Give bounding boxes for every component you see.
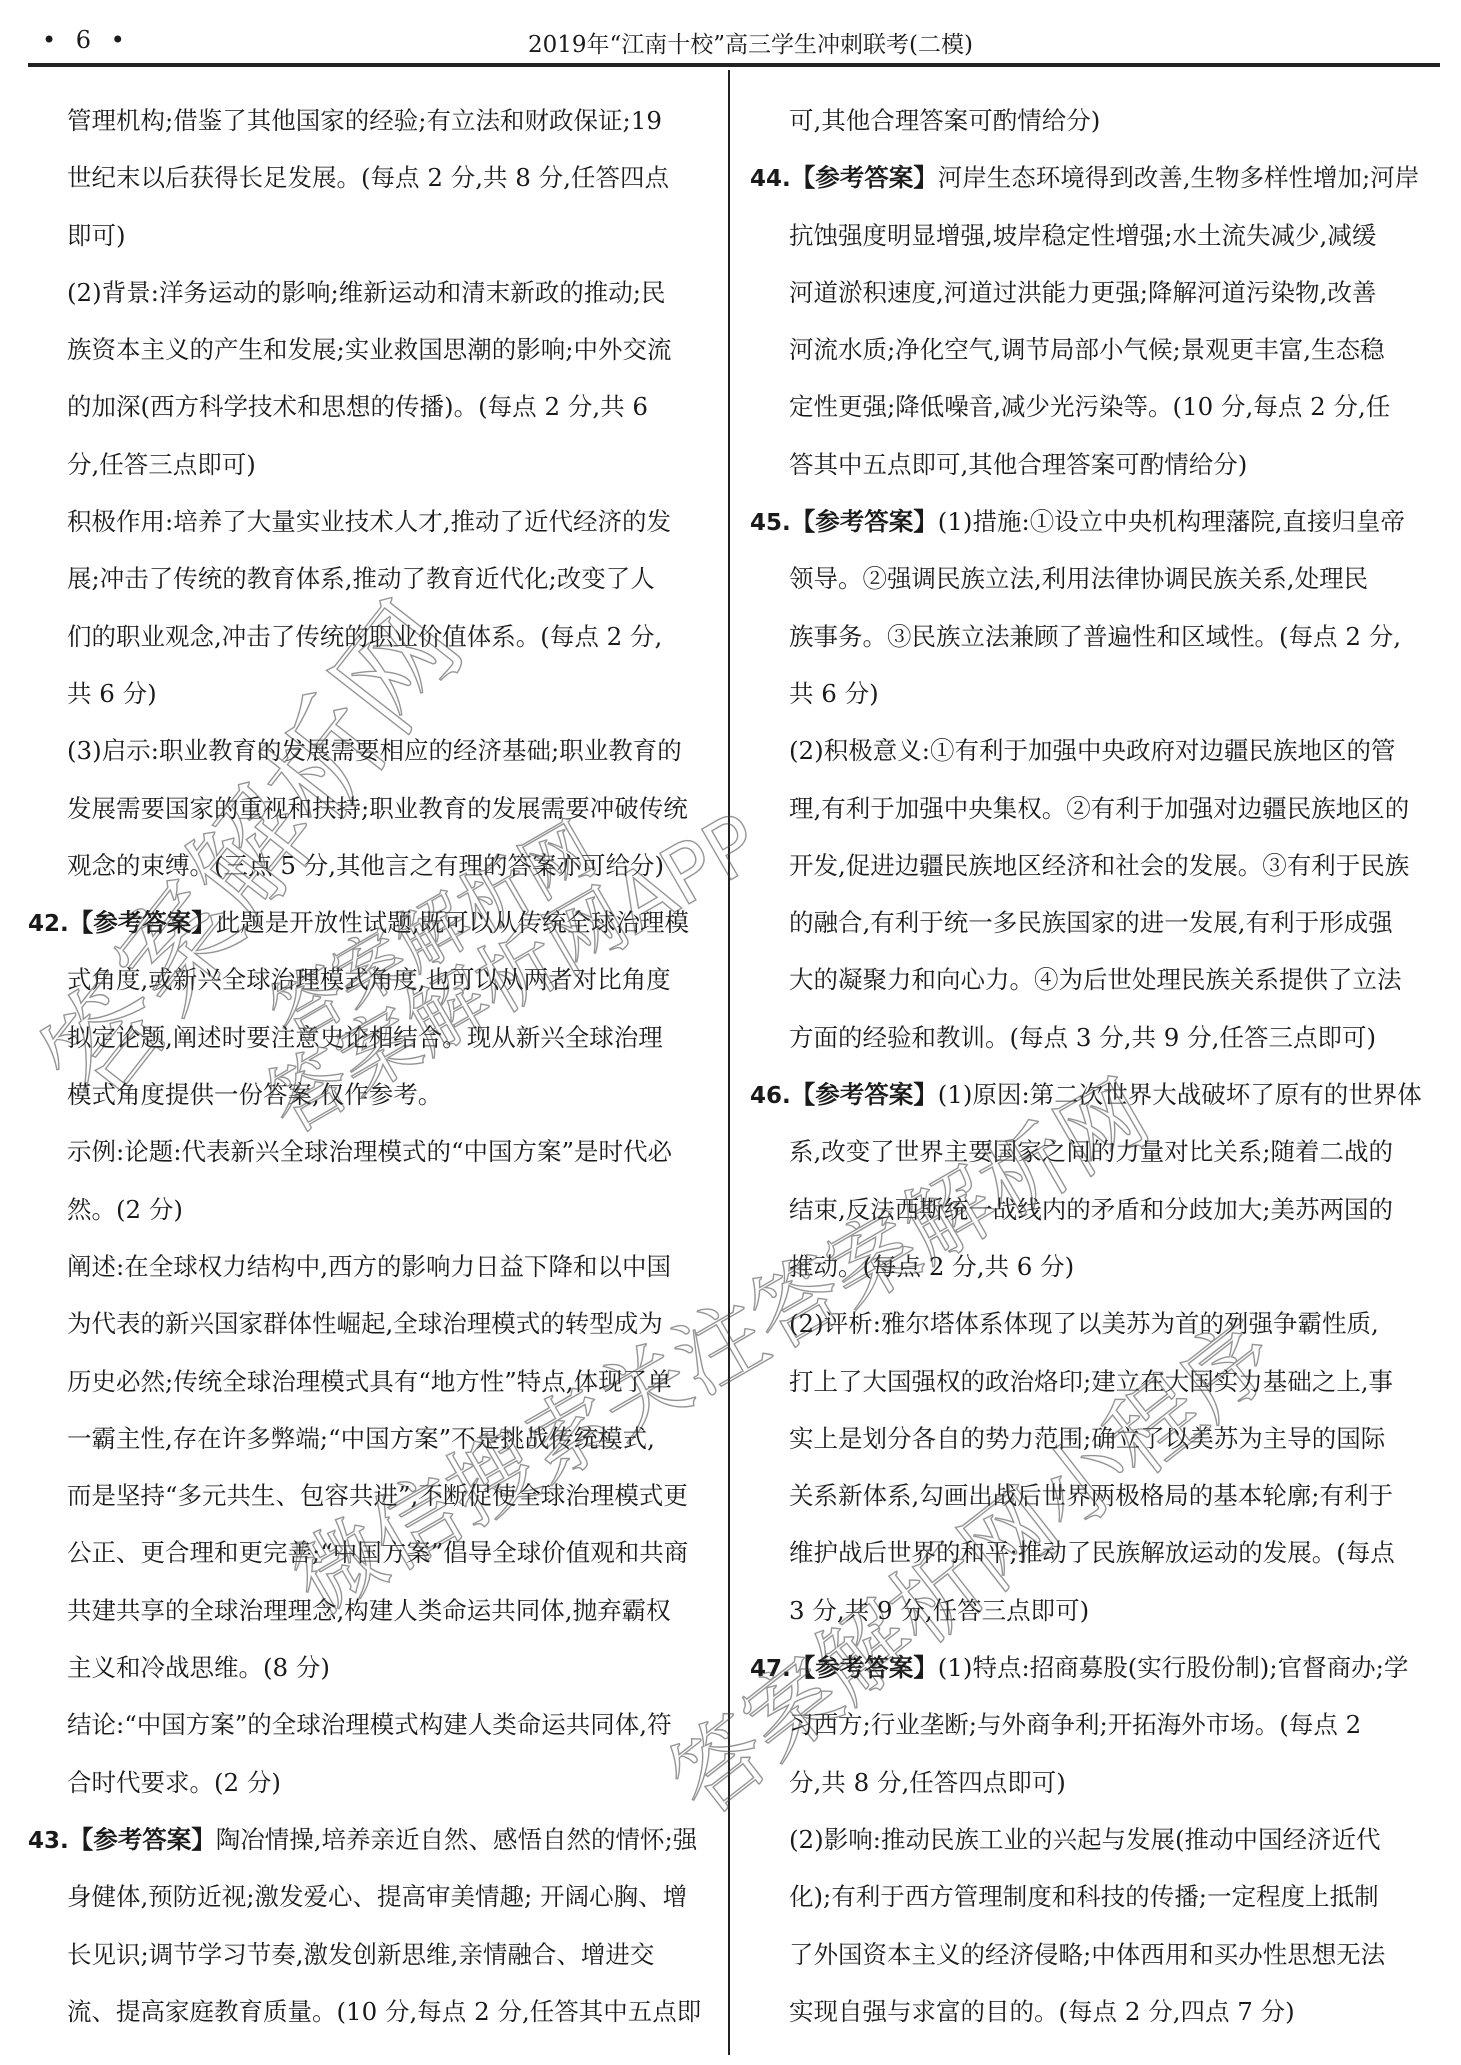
answer-line: 化);有利于西方管理制度和科技的传播;一定程度上抵制	[750, 1868, 1440, 1925]
answer-line: (2)积极意义:①有利于加强中央政府对边疆民族地区的管	[750, 722, 1440, 779]
answer-line: (2)影响:推动民族工业的兴起与发展(推动中国经济近代	[750, 1811, 1440, 1868]
answer-tag: 【参考答案】	[69, 908, 216, 937]
question-number: 43.	[28, 1828, 69, 1854]
question-header-line: 43.【参考答案】陶冶情操,培养亲近自然、感悟自然的情怀;强	[28, 1811, 718, 1868]
answer-line: 共 6 分)	[28, 665, 718, 722]
right-column: 可,其他合理答案可酌情给分)44.【参考答案】河岸生态环境得到改善,生物多样性增…	[750, 92, 1440, 2040]
answer-line: 了外国资本主义的经济侵略;中体西用和买办性思想无法	[750, 1926, 1440, 1983]
answer-line: 展;冲击了传统的教育体系,推动了教育近代化;改变了人	[28, 550, 718, 607]
answer-line: 结束,反法西斯统一战线内的矛盾和分歧加大;美苏两国的	[750, 1181, 1440, 1238]
answer-line: 可,其他合理答案可酌情给分)	[750, 92, 1440, 149]
answer-line: (3)启示:职业教育的发展需要相应的经济基础;职业教育的	[28, 722, 718, 779]
answer-line: 发展需要国家的重视和扶持;职业教育的发展需要冲破传统	[28, 780, 718, 837]
answer-line: 观念的束缚。(三点 5 分,其他言之有理的答案亦可给分)	[28, 837, 718, 894]
answer-text: 陶冶情操,培养亲近自然、感悟自然的情怀;强	[216, 1825, 698, 1854]
answer-tag: 【参考答案】	[791, 163, 938, 192]
answer-line: 即可)	[28, 207, 718, 264]
answer-line: 河道淤积速度,河道过洪能力更强;降解河道污染物,改善	[750, 264, 1440, 321]
answer-tag: 【参考答案】	[791, 507, 938, 536]
answer-tag: 【参考答案】	[69, 1825, 216, 1854]
answer-line: 推动。(每点 2 分,共 6 分)	[750, 1238, 1440, 1295]
answer-line: 关系新体系,勾画出战后世界两极格局的基本轮廓;有利于	[750, 1467, 1440, 1524]
answer-line: 的加深(西方科学技术和思想的传播)。(每点 2 分,共 6	[28, 378, 718, 435]
answer-text: (1)措施:①设立中央机构理藩院,直接归皇帝	[938, 507, 1405, 536]
answer-tag: 【参考答案】	[791, 1653, 938, 1682]
answer-line: 结论:“中国方案”的全球治理模式构建人类命运共同体,符	[28, 1696, 718, 1753]
answer-line: 合时代要求。(2 分)	[28, 1754, 718, 1811]
answer-line: 分,共 8 分,任答四点即可)	[750, 1754, 1440, 1811]
answer-line: 而是坚持“多元共生、包容共进”,不断促使全球治理模式更	[28, 1467, 718, 1524]
answer-block: 43.【参考答案】陶冶情操,培养亲近自然、感悟自然的情怀;强身健体,预防近视;激…	[28, 1811, 718, 2040]
answer-block: 44.【参考答案】河岸生态环境得到改善,生物多样性增加;河岸抗蚀强度明显增强,坡…	[750, 149, 1440, 493]
answer-line: 打上了大国强权的政治烙印;建立在大国实力基础之上,事	[750, 1353, 1440, 1410]
header-rule	[28, 63, 1440, 67]
answer-line: 实现自强与求富的目的。(每点 2 分,四点 7 分)	[750, 1983, 1440, 2040]
answer-line: 世纪末以后获得长足发展。(每点 2 分,共 8 分,任答四点	[28, 149, 718, 206]
answer-block: 46.【参考答案】(1)原因:第二次世界大战破坏了原有的世界体系,改变了世界主要…	[750, 1066, 1440, 1639]
answer-line: 模式角度提供一份答案,仅作参考。	[28, 1066, 718, 1123]
answer-line: 理,有利于加强中央集权。②有利于加强对边疆民族地区的	[750, 780, 1440, 837]
answer-line: 的融合,有利于统一多民族国家的进一发展,有利于形成强	[750, 894, 1440, 951]
column-divider	[728, 70, 730, 2055]
answer-line: 拟定论题,阐述时要注意史论相结合。现从新兴全球治理	[28, 1009, 718, 1066]
answer-line: 流、提高家庭教育质量。(10 分,每点 2 分,任答其中五点即	[28, 1983, 718, 2040]
answer-block: 47.【参考答案】(1)特点:招商募股(实行股份制);官督商办;学习西方;行业垄…	[750, 1639, 1440, 2040]
answer-line: 族事务。③民族立法兼顾了普遍性和区域性。(每点 2 分,	[750, 608, 1440, 665]
answer-block: 管理机构;借鉴了其他国家的经验;有立法和财政保证;19世纪末以后获得长足发展。(…	[28, 92, 718, 894]
answer-line: (2)背景:洋务运动的影响;维新运动和清末新政的推动;民	[28, 264, 718, 321]
question-header-line: 44.【参考答案】河岸生态环境得到改善,生物多样性增加;河岸	[750, 149, 1440, 206]
answer-block: 42.【参考答案】此题是开放性试题,既可以从传统全球治理模式角度,或新兴全球治理…	[28, 894, 718, 1811]
answer-text: (1)特点:招商募股(实行股份制);官督商办;学	[938, 1653, 1409, 1682]
question-number: 47.	[750, 1656, 791, 1682]
answer-line: 维护战后世界的和平;推动了民族解放运动的发展。(每点	[750, 1524, 1440, 1581]
answer-tag: 【参考答案】	[791, 1080, 938, 1109]
answer-line: 系,改变了世界主要国家之间的力量对比关系;随着二战的	[750, 1123, 1440, 1180]
question-header-line: 47.【参考答案】(1)特点:招商募股(实行股份制);官督商办;学	[750, 1639, 1440, 1696]
answer-line: 族资本主义的产生和发展;实业救国思潮的影响;中外交流	[28, 321, 718, 378]
answer-text: 河岸生态环境得到改善,生物多样性增加;河岸	[938, 163, 1420, 192]
answer-line: 大的凝聚力和向心力。④为后世处理民族关系提供了立法	[750, 951, 1440, 1008]
answer-line: 们的职业观念,冲击了传统的职业价值体系。(每点 2 分,	[28, 608, 718, 665]
answer-line: 答其中五点即可,其他合理答案可酌情给分)	[750, 436, 1440, 493]
answer-line: 身健体,预防近视;激发爱心、提高审美情趣; 开阔心胸、增	[28, 1868, 718, 1925]
answer-line: 积极作用:培养了大量实业技术人才,推动了近代经济的发	[28, 493, 718, 550]
answer-text: (1)原因:第二次世界大战破坏了原有的世界体	[938, 1080, 1422, 1109]
answer-line: 习西方;行业垄断;与外商争利;开拓海外市场。(每点 2	[750, 1696, 1440, 1753]
answer-line: 长见识;调节学习节奏,激发创新思维,亲情融合、增进交	[28, 1926, 718, 1983]
answer-line: (2)评析:雅尔塔体系体现了以美苏为首的列强争霸性质,	[750, 1295, 1440, 1352]
answer-line: 管理机构;借鉴了其他国家的经验;有立法和财政保证;19	[28, 92, 718, 149]
answer-line: 示例:论题:代表新兴全球治理模式的“中国方案”是时代必	[28, 1123, 718, 1180]
question-header-line: 42.【参考答案】此题是开放性试题,既可以从传统全球治理模	[28, 894, 718, 951]
answer-line: 3 分,共 9 分,任答三点即可)	[750, 1582, 1440, 1639]
question-number: 45.	[750, 510, 791, 536]
answer-block: 可,其他合理答案可酌情给分)	[750, 92, 1440, 149]
question-header-line: 45.【参考答案】(1)措施:①设立中央机构理藩院,直接归皇帝	[750, 493, 1440, 550]
answer-block: 45.【参考答案】(1)措施:①设立中央机构理藩院,直接归皇帝领导。②强调民族立…	[750, 493, 1440, 1066]
answer-line: 实上是划分各自的势力范围;确立了以美苏为主导的国际	[750, 1410, 1440, 1467]
answer-line: 领导。②强调民族立法,利用法律协调民族关系,处理民	[750, 550, 1440, 607]
answer-line: 共 6 分)	[750, 665, 1440, 722]
question-number: 46.	[750, 1083, 791, 1109]
answer-line: 河流水质;净化空气,调节局部小气候;景观更丰富,生态稳	[750, 321, 1440, 378]
answer-line: 主义和冷战思维。(8 分)	[28, 1639, 718, 1696]
answer-line: 方面的经验和教训。(每点 3 分,共 9 分,任答三点即可)	[750, 1009, 1440, 1066]
question-header-line: 46.【参考答案】(1)原因:第二次世界大战破坏了原有的世界体	[750, 1066, 1440, 1123]
answer-line: 为代表的新兴国家群体性崛起,全球治理模式的转型成为	[28, 1295, 718, 1352]
answer-line: 阐述:在全球权力结构中,西方的影响力日益下降和以中国	[28, 1238, 718, 1295]
answer-line: 然。(2 分)	[28, 1181, 718, 1238]
answer-text: 此题是开放性试题,既可以从传统全球治理模	[216, 908, 689, 937]
page-header: • 6 • 2019年“江南十校”高三学生冲刺联考(二模)	[0, 0, 1461, 70]
answer-line: 公正、更合理和更完善;“中国方案”倡导全球价值观和共商	[28, 1524, 718, 1581]
answer-line: 开发,促进边疆民族地区经济和社会的发展。③有利于民族	[750, 837, 1440, 894]
question-number: 42.	[28, 911, 69, 937]
answer-line: 式角度,或新兴全球治理模式角度,也可以从两者对比角度	[28, 951, 718, 1008]
answer-line: 历史必然;传统全球治理模式具有“地方性”特点,体现了单	[28, 1353, 718, 1410]
answer-line: 抗蚀强度明显增强,坡岸稳定性增强;水土流失减少,减缓	[750, 207, 1440, 264]
answer-line: 一霸主性,存在许多弊端;“中国方案”不是挑战传统模式,	[28, 1410, 718, 1467]
question-number: 44.	[750, 166, 791, 192]
answer-line: 分,任答三点即可)	[28, 436, 718, 493]
answer-line: 共建共享的全球治理理念,构建人类命运共同体,抛弃霸权	[28, 1582, 718, 1639]
answer-line: 定性更强;降低噪音,减少光污染等。(10 分,每点 2 分,任	[750, 378, 1440, 435]
left-column: 管理机构;借鉴了其他国家的经验;有立法和财政保证;19世纪末以后获得长足发展。(…	[28, 92, 718, 2040]
exam-title: 2019年“江南十校”高三学生冲刺联考(二模)	[0, 26, 1461, 59]
